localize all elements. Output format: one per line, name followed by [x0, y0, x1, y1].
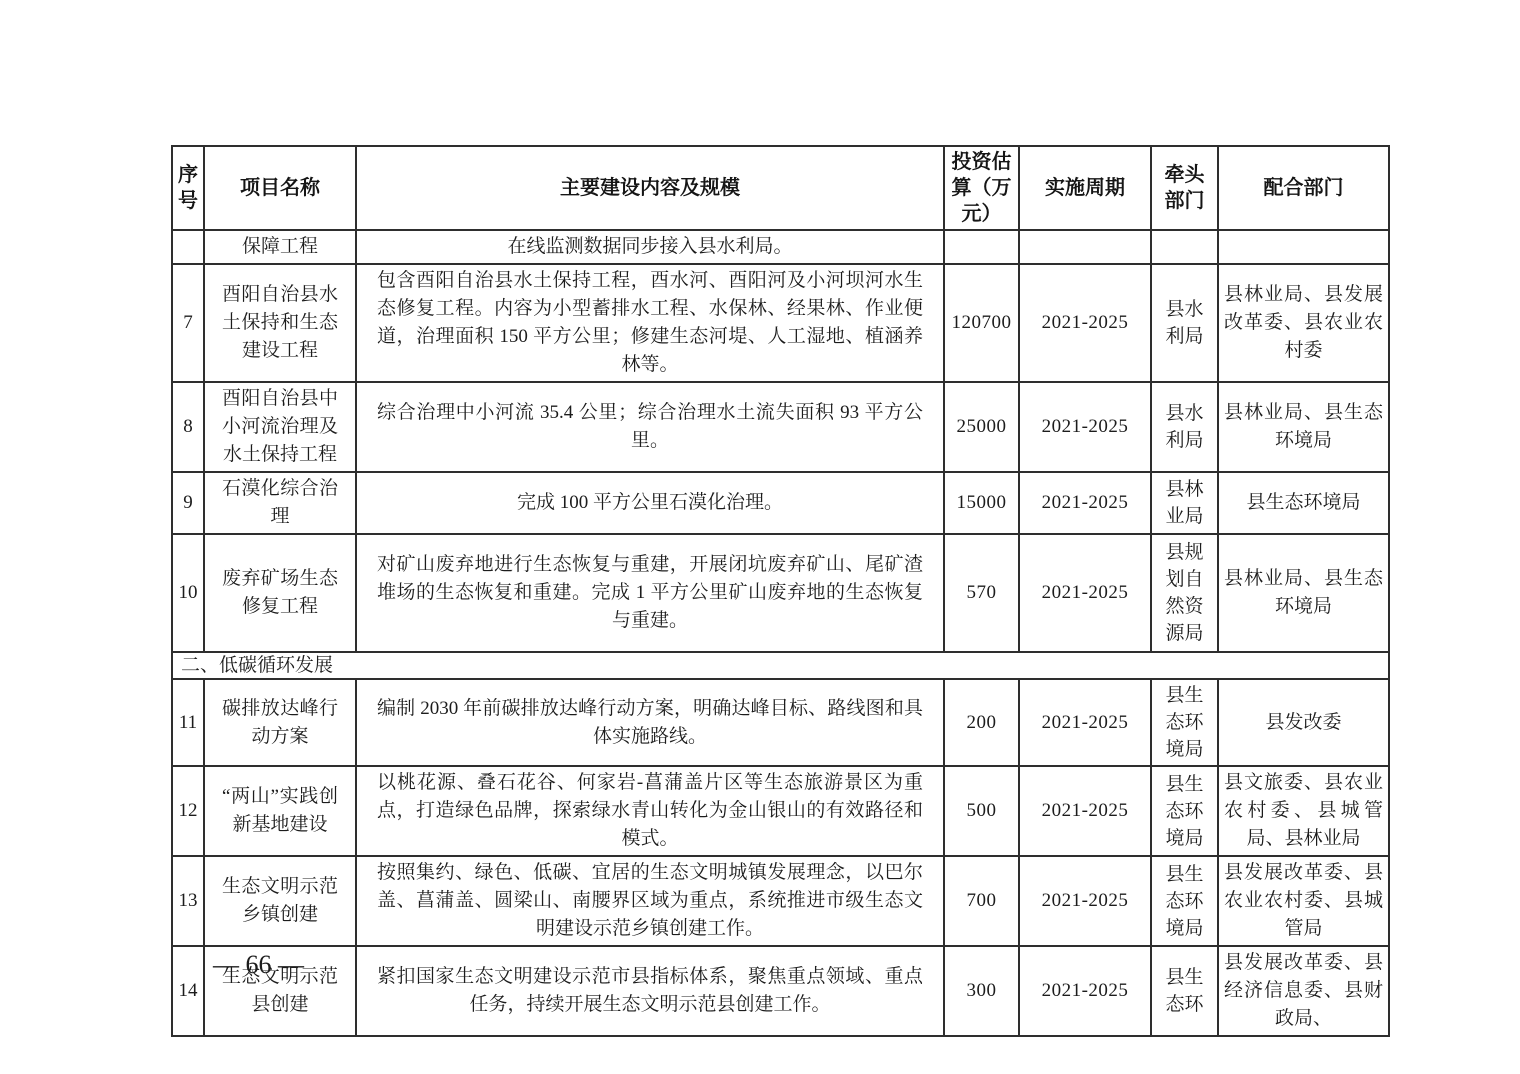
table-row-7: 7 酉阳自治县水土保持和生态建设工程 包含酉阳自治县水土保持工程，酉水河、酉阳河… — [172, 264, 1389, 382]
cell-lead-dept: 县水利局 — [1151, 382, 1218, 472]
cell-support-dept: 县发展改革委、县经济信息委、县财政局、 — [1218, 946, 1389, 1036]
cell-lead-dept: 县水利局 — [1151, 264, 1218, 382]
cell-investment: 300 — [944, 946, 1019, 1036]
cell-project-name: 废弃矿场生态修复工程 — [204, 534, 356, 652]
table-row-13: 13 生态文明示范乡镇创建 按照集约、绿色、低碳、宜居的生态文明城镇发展理念，以… — [172, 856, 1389, 946]
col-header-lead-dept: 牵头部门 — [1151, 146, 1218, 230]
cell-content: 对矿山废弃地进行生态恢复与重建，开展闭坑废弃矿山、尾矿渣堆场的生态恢复和重建。完… — [356, 534, 944, 652]
cell-project-name: 酉阳自治县中小河流治理及水土保持工程 — [204, 382, 356, 472]
cell-no — [172, 230, 204, 264]
cell-period: 2021-2025 — [1019, 766, 1151, 856]
cell-lead-dept: 县生态环 — [1151, 946, 1218, 1036]
cell-support-dept: 县发展改革委、县农业农村委、县城管局 — [1218, 856, 1389, 946]
cell-content: 完成 100 平方公里石漠化治理。 — [356, 472, 944, 534]
cell-no: 9 — [172, 472, 204, 534]
cell-project-name: 酉阳自治县水土保持和生态建设工程 — [204, 264, 356, 382]
page-number: — 66 — — [213, 950, 304, 980]
cell-content: 包含酉阳自治县水土保持工程，酉水河、酉阳河及小河坝河水生态修复工程。内容为小型蓄… — [356, 264, 944, 382]
projects-table: 序号 项目名称 主要建设内容及规模 投资估算（万元） 实施周期 牵头部门 配合部… — [171, 145, 1390, 1037]
cell-content: 以桃花源、叠石花谷、何家岩-菖蒲盖片区等生态旅游景区为重点，打造绿色品牌，探索绿… — [356, 766, 944, 856]
col-header-content: 主要建设内容及规模 — [356, 146, 944, 230]
cell-investment: 120700 — [944, 264, 1019, 382]
col-header-no: 序号 — [172, 146, 204, 230]
cell-period: 2021-2025 — [1019, 856, 1151, 946]
table-row-8: 8 酉阳自治县中小河流治理及水土保持工程 综合治理中小河流 35.4 公里；综合… — [172, 382, 1389, 472]
cell-no: 13 — [172, 856, 204, 946]
cell-support-dept: 县发改委 — [1218, 679, 1389, 766]
table-row-9: 9 石漠化综合治理 完成 100 平方公里石漠化治理。 15000 2021-2… — [172, 472, 1389, 534]
document-page: 序号 项目名称 主要建设内容及规模 投资估算（万元） 实施周期 牵头部门 配合部… — [0, 0, 1520, 1074]
cell-support-dept: 县林业局、县发展改革委、县农业农村委 — [1218, 264, 1389, 382]
cell-project-name: 保障工程 — [204, 230, 356, 264]
cell-project-name: 石漠化综合治理 — [204, 472, 356, 534]
table-row-12: 12 “两山”实践创新基地建设 以桃花源、叠石花谷、何家岩-菖蒲盖片区等生态旅游… — [172, 766, 1389, 856]
cell-lead-dept — [1151, 230, 1218, 264]
cell-investment: 700 — [944, 856, 1019, 946]
cell-project-name: 碳排放达峰行动方案 — [204, 679, 356, 766]
cell-content: 在线监测数据同步接入县水利局。 — [356, 230, 944, 264]
cell-lead-dept: 县规划自然资源局 — [1151, 534, 1218, 652]
cell-no: 7 — [172, 264, 204, 382]
cell-no: 10 — [172, 534, 204, 652]
cell-support-dept: 县林业局、县生态环境局 — [1218, 534, 1389, 652]
cell-support-dept: 县生态环境局 — [1218, 472, 1389, 534]
cell-content: 按照集约、绿色、低碳、宜居的生态文明城镇发展理念，以巴尔盖、菖蒲盖、圆梁山、南腰… — [356, 856, 944, 946]
cell-investment: 15000 — [944, 472, 1019, 534]
cell-period: 2021-2025 — [1019, 679, 1151, 766]
cell-content: 紧扣国家生态文明建设示范市县指标体系，聚焦重点领域、重点任务，持续开展生态文明示… — [356, 946, 944, 1036]
table-row-14: 14 生态文明示范县创建 紧扣国家生态文明建设示范市县指标体系，聚焦重点领域、重… — [172, 946, 1389, 1036]
cell-period: 2021-2025 — [1019, 946, 1151, 1036]
section-divider-row: 二、低碳循环发展 — [172, 652, 1389, 679]
cell-support-dept — [1218, 230, 1389, 264]
col-header-project-name: 项目名称 — [204, 146, 356, 230]
table-row-10: 10 废弃矿场生态修复工程 对矿山废弃地进行生态恢复与重建，开展闭坑废弃矿山、尾… — [172, 534, 1389, 652]
cell-project-name: 生态文明示范乡镇创建 — [204, 856, 356, 946]
col-header-period: 实施周期 — [1019, 146, 1151, 230]
table-header-row: 序号 项目名称 主要建设内容及规模 投资估算（万元） 实施周期 牵头部门 配合部… — [172, 146, 1389, 230]
cell-period — [1019, 230, 1151, 264]
cell-lead-dept: 县生态环境局 — [1151, 679, 1218, 766]
cell-period: 2021-2025 — [1019, 534, 1151, 652]
col-header-investment: 投资估算（万元） — [944, 146, 1019, 230]
cell-lead-dept: 县林业局 — [1151, 472, 1218, 534]
cell-no: 11 — [172, 679, 204, 766]
cell-lead-dept: 县生态环境局 — [1151, 856, 1218, 946]
cell-support-dept: 县林业局、县生态环境局 — [1218, 382, 1389, 472]
cell-investment: 25000 — [944, 382, 1019, 472]
section-title: 二、低碳循环发展 — [172, 652, 1389, 679]
table-row-continuation: 保障工程 在线监测数据同步接入县水利局。 — [172, 230, 1389, 264]
col-header-support-dept: 配合部门 — [1218, 146, 1389, 230]
cell-period: 2021-2025 — [1019, 264, 1151, 382]
cell-investment: 200 — [944, 679, 1019, 766]
cell-investment — [944, 230, 1019, 264]
cell-no: 14 — [172, 946, 204, 1036]
cell-support-dept: 县文旅委、县农业农村委、县城管局、县林业局 — [1218, 766, 1389, 856]
cell-investment: 570 — [944, 534, 1019, 652]
cell-period: 2021-2025 — [1019, 382, 1151, 472]
cell-content: 编制 2030 年前碳排放达峰行动方案，明确达峰目标、路线图和具体实施路线。 — [356, 679, 944, 766]
cell-period: 2021-2025 — [1019, 472, 1151, 534]
cell-no: 12 — [172, 766, 204, 856]
cell-project-name: “两山”实践创新基地建设 — [204, 766, 356, 856]
cell-lead-dept: 县生态环境局 — [1151, 766, 1218, 856]
cell-no: 8 — [172, 382, 204, 472]
table-row-11: 11 碳排放达峰行动方案 编制 2030 年前碳排放达峰行动方案，明确达峰目标、… — [172, 679, 1389, 766]
cell-content: 综合治理中小河流 35.4 公里；综合治理水土流失面积 93 平方公里。 — [356, 382, 944, 472]
cell-investment: 500 — [944, 766, 1019, 856]
